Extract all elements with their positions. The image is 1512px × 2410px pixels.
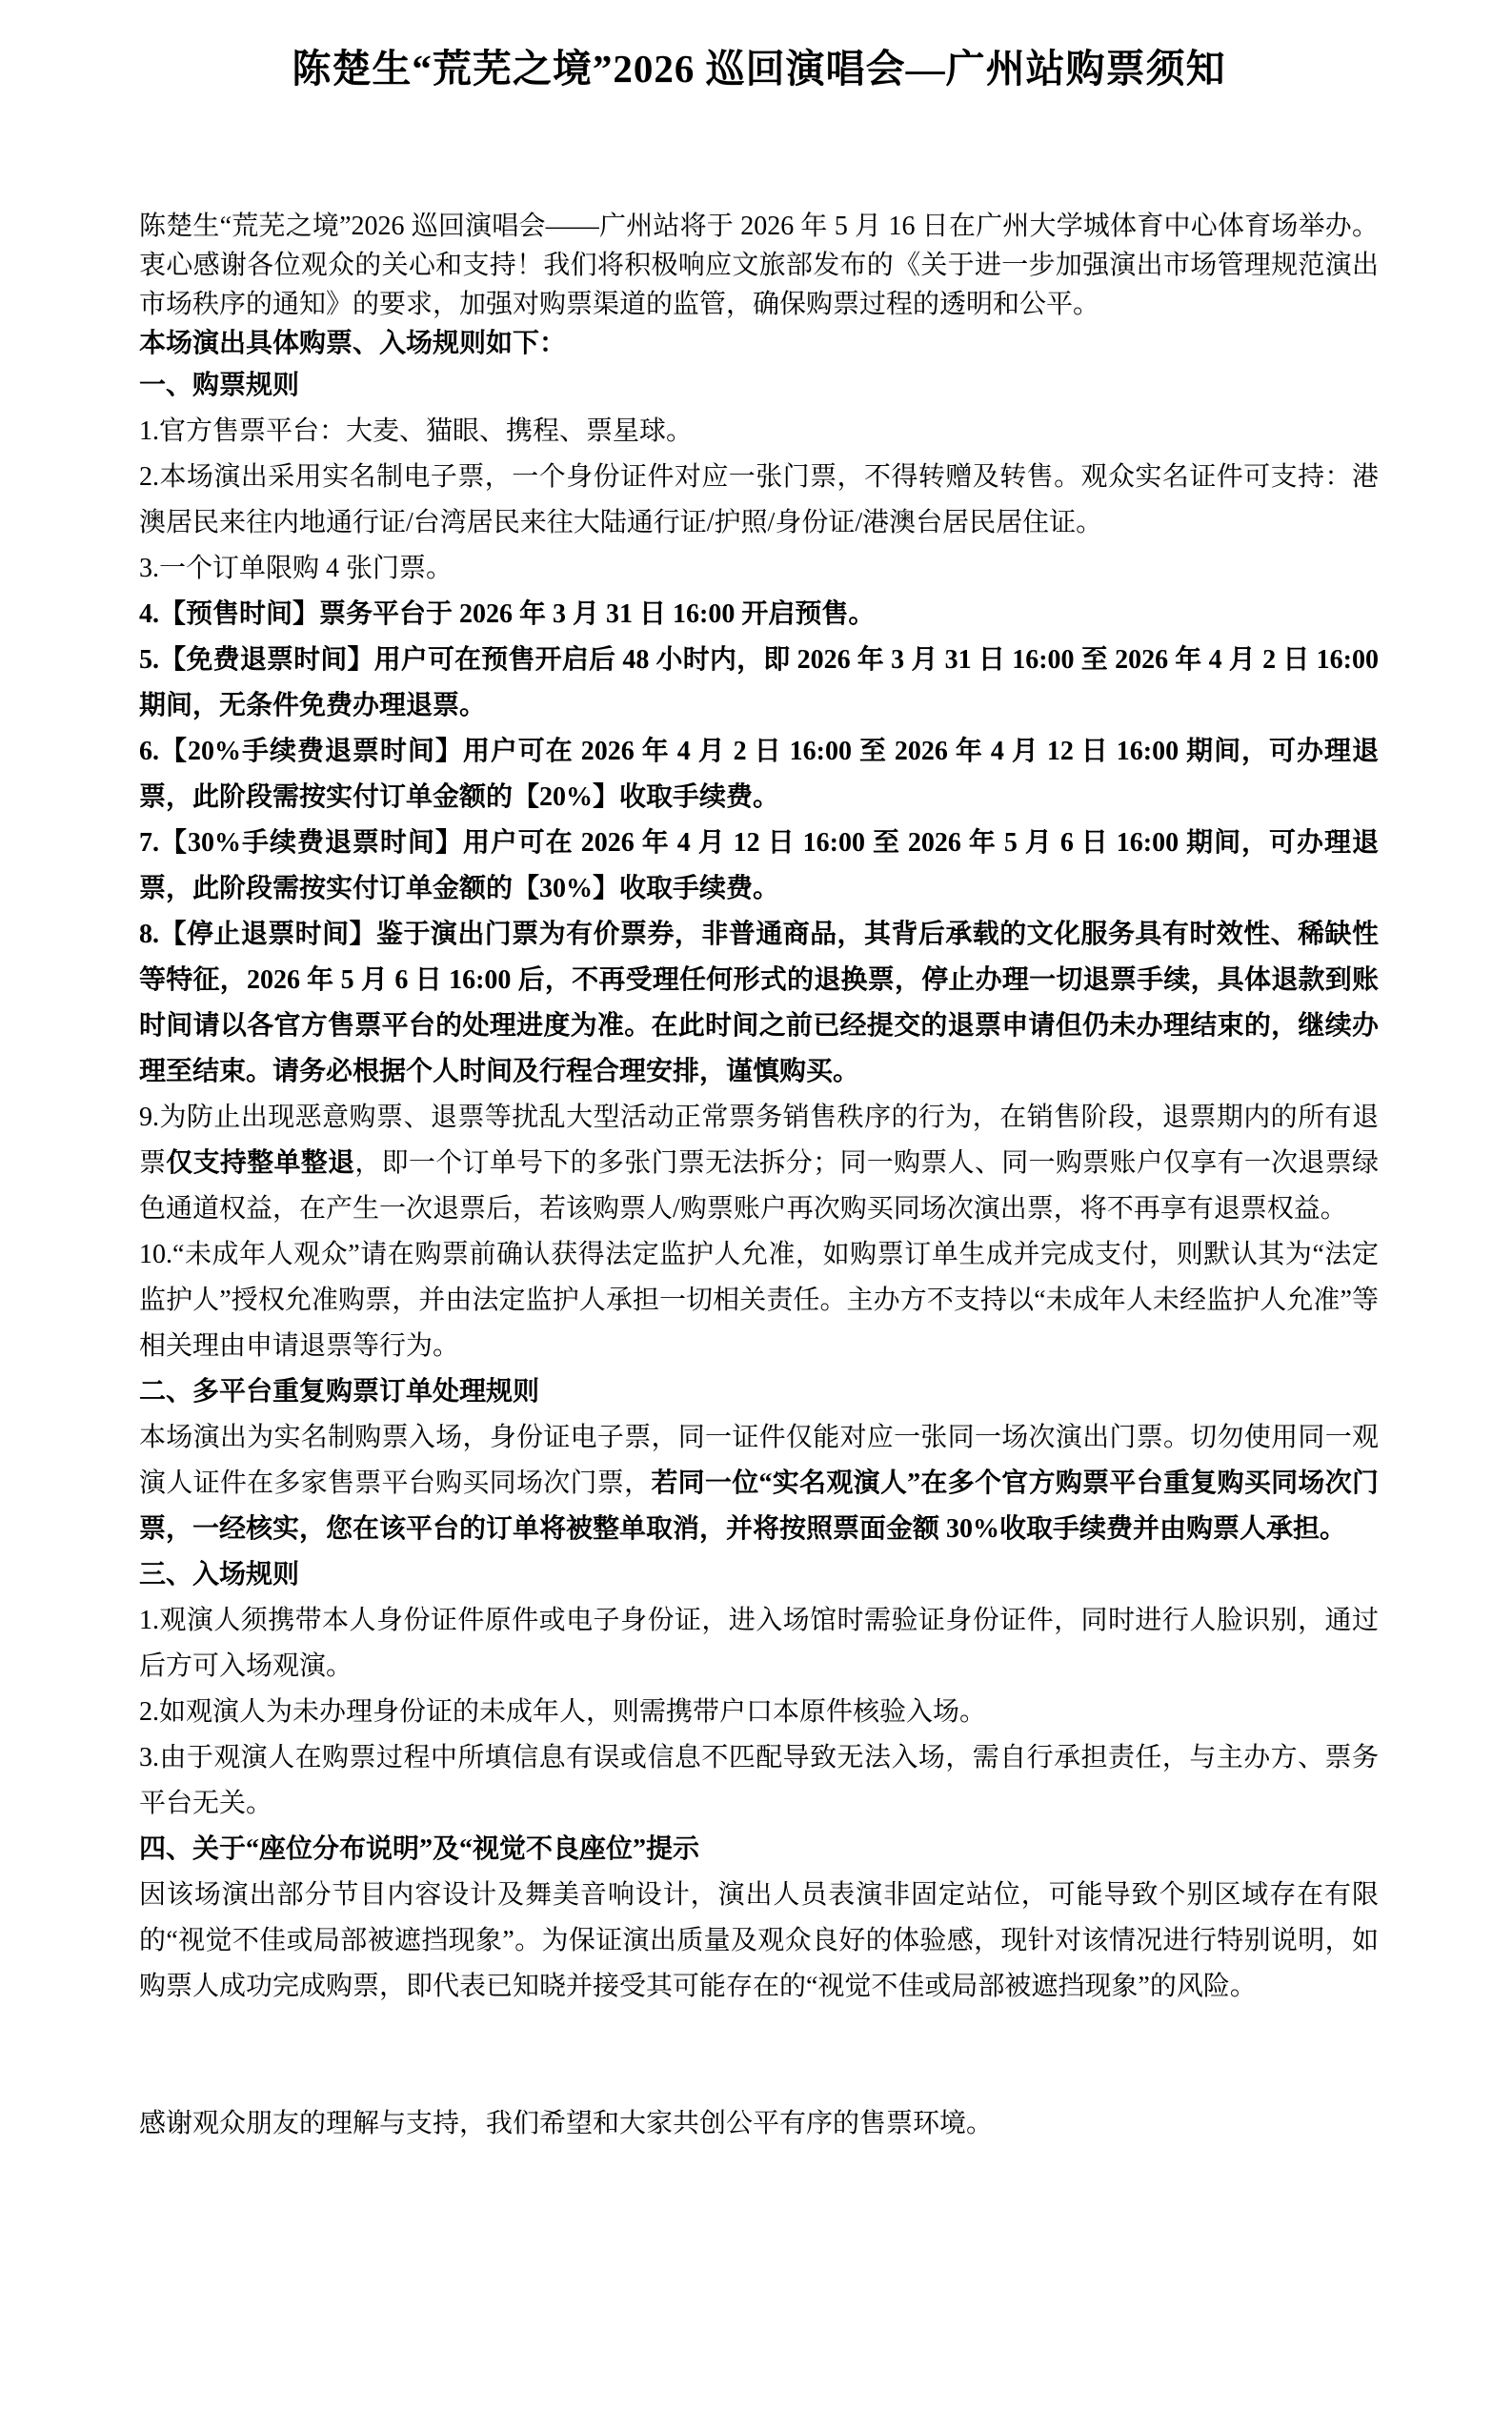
purchase-rule-10: 10.“未成年人观众”请在购票前确认获得法定监护人允准，如购票订单生成并完成支付… — [139, 1232, 1379, 1369]
purchase-rule-7: 7.【30%手续费退票时间】用户可在 2026 年 4 月 12 日 16:00… — [139, 820, 1379, 912]
intro-paragraph: 陈楚生“荒芜之境”2026 巡回演唱会——广州站将于 2026 年 5 月 16… — [139, 207, 1379, 324]
section4-paragraph: 因该场演出部分节目内容设计及舞美音响设计，演出人员表演非固定站位，可能导致个别区… — [139, 1873, 1379, 2010]
purchase-rule-6: 6.【20%手续费退票时间】用户可在 2026 年 4 月 2 日 16:00 … — [139, 729, 1379, 820]
section1-heading: 一、购票规则 — [139, 363, 1379, 409]
purchase-rule-9: 9.为防止出现恶意购票、退票等扰乱大型活动正常票务销售秩序的行为，在销售阶段，退… — [139, 1095, 1379, 1232]
rules-lead: 本场演出具体购票、入场规则如下： — [139, 324, 1379, 363]
section2-paragraph: 本场演出为实名制购票入场，身份证电子票，同一证件仅能对应一张同一场次演出门票。切… — [139, 1415, 1379, 1552]
entry-rule-3: 3.由于观演人在购票过程中所填信息有误或信息不匹配导致无法入场，需自行承担责任，… — [139, 1735, 1379, 1827]
section4-heading: 四、关于“座位分布说明”及“视觉不良座位”提示 — [139, 1827, 1379, 1873]
section2-heading: 二、多平台重复购票订单处理规则 — [139, 1369, 1379, 1415]
purchase-rule-4: 4.【预售时间】票务平台于 2026 年 3 月 31 日 16:00 开启预售… — [139, 592, 1379, 638]
purchase-rule-3: 3.一个订单限购 4 张门票。 — [139, 546, 1379, 592]
document-title: 陈楚生“荒芜之境”2026 巡回演唱会—广州站购票须知 — [139, 44, 1379, 94]
document-page: 陈楚生“荒芜之境”2026 巡回演唱会—广州站购票须知 陈楚生“荒芜之境”202… — [0, 0, 1512, 2410]
purchase-rule-2: 2.本场演出采用实名制电子票，一个身份证件对应一张门票，不得转赠及转售。观众实名… — [139, 455, 1379, 546]
section3-heading: 三、入场规则 — [139, 1552, 1379, 1598]
purchase-rule-5: 5.【免费退票时间】用户可在预售开启后 48 小时内，即 2026 年 3 月 … — [139, 638, 1379, 729]
entry-rule-1: 1.观演人须携带本人身份证件原件或电子身份证，进入场馆时需验证身份证件，同时进行… — [139, 1598, 1379, 1690]
purchase-rule-8: 8.【停止退票时间】鉴于演出门票为有价票券，非普通商品，其背后承载的文化服务具有… — [139, 912, 1379, 1095]
purchase-rule-1: 1.官方售票平台：大麦、猫眼、携程、票星球。 — [139, 409, 1379, 455]
closing-paragraph: 感谢观众朋友的理解与支持，我们希望和大家共创公平有序的售票环境。 — [139, 2101, 1379, 2147]
text-run-bold: 仅支持整单整退 — [166, 1148, 354, 1178]
entry-rule-2: 2.如观演人为未办理身份证的未成年人，则需携带户口本原件核验入场。 — [139, 1690, 1379, 1735]
